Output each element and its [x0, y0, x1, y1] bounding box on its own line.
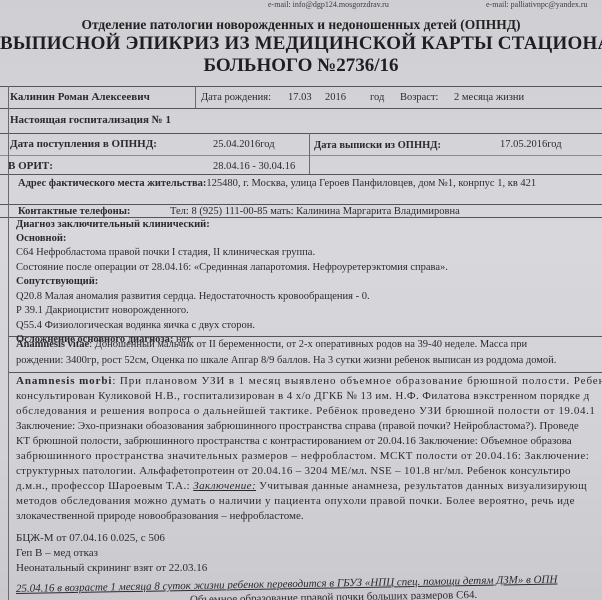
anamnesis-morbi-line: консультирован Куликовой Н.В., госпитали… — [16, 390, 590, 402]
icu-dates: 28.04.16 - 30.04.16 — [213, 161, 295, 172]
divider — [0, 204, 602, 205]
anamnesis-morbi-line: обследования и решения вопроса о дальней… — [16, 405, 596, 417]
anamnesis-morbi-line: забрюшинного пространства значительных р… — [16, 450, 589, 462]
discharge-label: Дата выписки из ОПННД: — [314, 140, 441, 151]
divider — [0, 86, 602, 87]
age-label: Возраст: — [400, 92, 438, 103]
main-diagnosis-line: С64 Нефробластома правой почки I стадия,… — [16, 247, 315, 258]
anamnesis-morbi-line: методов обследования можно думать о нали… — [16, 495, 575, 507]
concomitant-line: Р 39.1 Дакриоцистит новорожденного. — [16, 305, 189, 316]
patient-name: Калинин Роман Алексеевич — [10, 91, 150, 103]
discharge-document: e-mail: info@dgp124.mosgorzdrav.ru e-mai… — [0, 0, 602, 600]
concomitant-line: Q20.8 Малая аномалия развития сердца. Не… — [16, 291, 370, 302]
dob-label: Дата рождения: — [201, 92, 271, 103]
diagnosis-heading: Диагноз заключительный клинический: — [16, 219, 210, 230]
admission-label: Дата поступления в ОПННД: — [10, 138, 157, 150]
divider — [0, 108, 602, 109]
anamnesis-vitae-line1: Anamnesis vitae: Доношенный мальчик от I… — [16, 339, 527, 350]
anamnesis-vitae-line2: рождении: 3400гр, рост 52см, Оценка по ш… — [16, 355, 556, 366]
age-value: 2 месяца жизни — [454, 92, 524, 103]
email-right: e-mail: palliativnpc@yandex.ru — [486, 0, 588, 9]
divider — [0, 133, 602, 134]
dob-year: 2016 — [325, 92, 346, 103]
main-diagnosis-label: Основной: — [16, 233, 66, 244]
dob-day-month: 17.03 — [288, 92, 312, 103]
document-title: ВЫПИСНОЙ ЭПИКРИЗ ИЗ МЕДИЦИНСКОЙ КАРТЫ СТ… — [0, 33, 602, 55]
address-row: Адрес фактического места жительства:1254… — [18, 178, 536, 189]
hospitalization-label: Настоящая госпитализация № 1 — [10, 114, 171, 126]
anamnesis-vitae-label: Anamnesis vitae — [16, 339, 89, 350]
document-number: БОЛЬНОГО №2736/16 — [0, 55, 602, 77]
hepb-note: Геп В – мед отказ — [16, 547, 98, 559]
cell-border — [309, 133, 310, 174]
divider — [0, 174, 602, 175]
icu-label: В ОРИТ: — [8, 160, 53, 172]
address-value: 125480, г. Москва, улица Героев Панфилов… — [206, 178, 536, 189]
anamnesis-morbi-line1: Anamnesis morbi: При плановом УЗИ в 1 ме… — [16, 375, 602, 387]
anamnesis-morbi-line: КТ брюшной полости, забрюшинного простра… — [16, 435, 572, 447]
divider — [0, 155, 602, 156]
email-left: e-mail: info@dgp124.mosgorzdrav.ru — [268, 0, 389, 9]
screening-note: Неонатальный скрининг взят от 22.03.16 — [16, 562, 207, 574]
anamnesis-morbi-line: злокачественной природе новообразования … — [16, 510, 304, 522]
anamnesis-morbi-line: структурных патологии. Альфафетопротеин … — [16, 465, 571, 477]
divider — [0, 217, 602, 218]
anamnesis-morbi-label: Anamnesis morbi — [16, 375, 112, 387]
contacts-value: Тел: 8 (925) 111-00-85 мать: Калинина Ма… — [170, 206, 460, 217]
bcg-note: БЦЖ-М от 07.04.16 0.025, с 506 — [16, 532, 165, 544]
conclusion-link: Заключение: — [193, 480, 256, 492]
discharge-date: 17.05.2016год — [500, 139, 562, 150]
admission-date: 25.04.2016год — [213, 139, 275, 150]
anamnesis-morbi-line: д.м.н., профессор Шароевым Т.А.: Заключе… — [16, 480, 587, 492]
contacts-label: Контактные телефоны: — [18, 206, 130, 217]
address-label: Адрес фактического места жительства: — [18, 178, 206, 189]
concomitant-line: Q55.4 Физиологическая водянка яичка с дв… — [16, 320, 255, 331]
year-word: год — [370, 92, 384, 103]
cell-border — [195, 86, 196, 108]
main-diagnosis-line: Состояние после операции от 28.04.16: «С… — [16, 262, 448, 273]
concomitant-label: Сопутствующий: — [16, 276, 98, 287]
anamnesis-morbi-line: Заключение: Эхо-признаки обоазования заб… — [16, 420, 579, 432]
department-title: Отделение патологии новорожденных и недо… — [0, 17, 602, 33]
divider — [8, 372, 602, 373]
